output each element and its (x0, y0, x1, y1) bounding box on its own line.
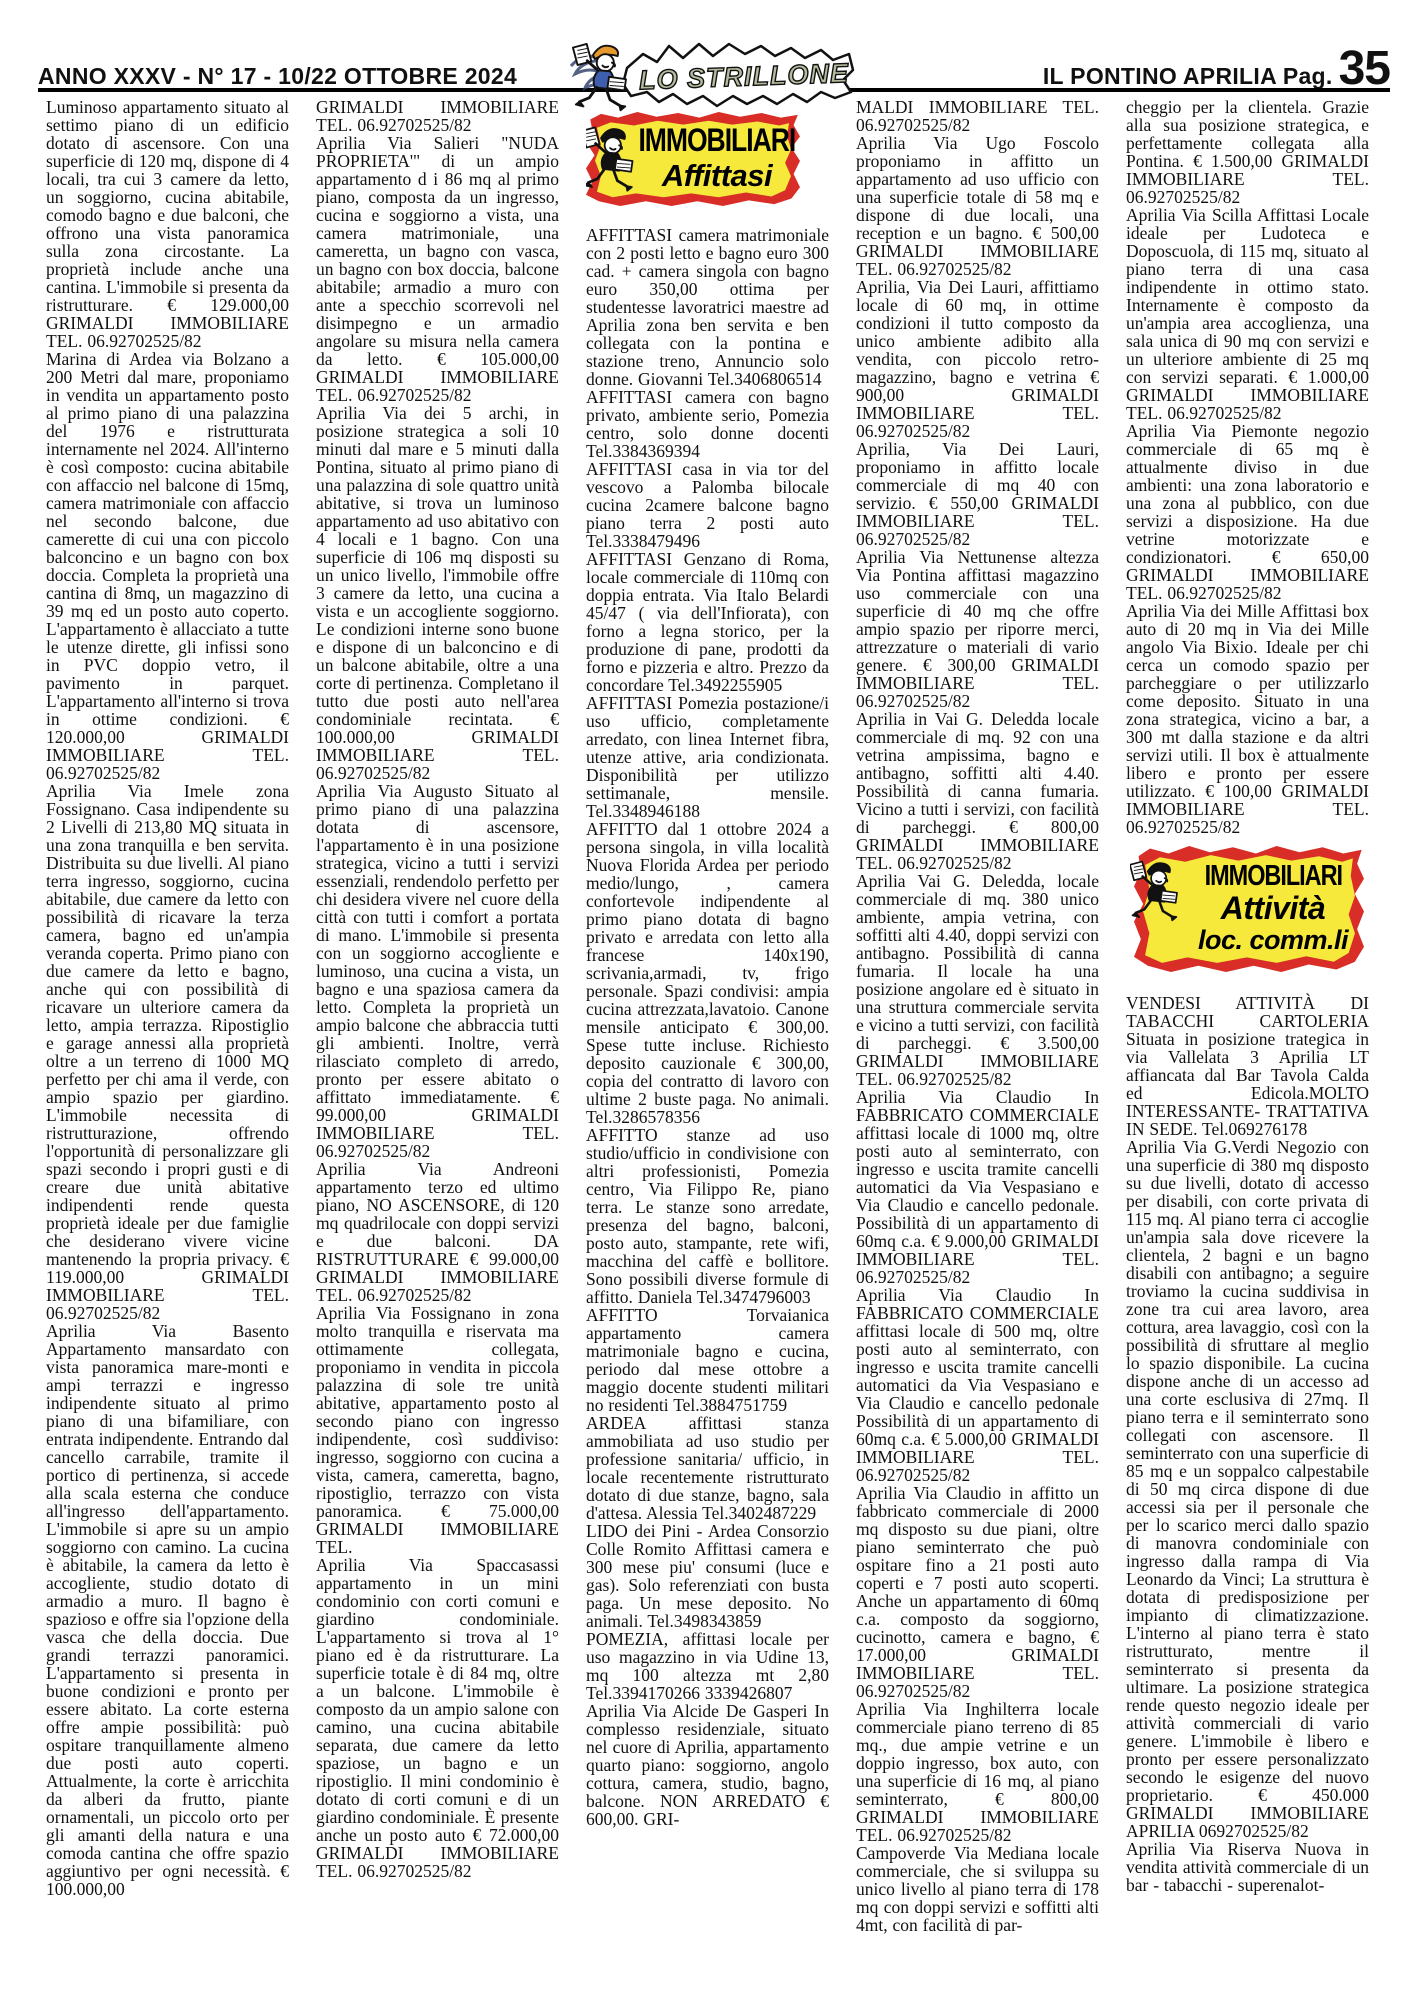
ad-text: AFFITTASI camera matrimoniale con 2 post… (586, 226, 829, 388)
column-1-ads: Luminoso appartamento situato al settimo… (46, 98, 289, 1898)
column-2: GRIMALDI IMMOBILIARE TEL. 06.92702525/82… (316, 98, 559, 1993)
column-3-ads: AFFITTASI camera matrimoniale con 2 post… (586, 226, 829, 1828)
ad-text: Aprilia Via Nettunense altezza Via Ponti… (856, 548, 1099, 710)
column-5-ads-bottom: VENDESI ATTIVITÀ DI TABACCHI CARTOLERIA … (1126, 994, 1369, 1894)
ad-text: Aprilia in Vai G. Deledda locale commerc… (856, 710, 1099, 872)
attivita-box-title: IMMOBILIARI (1204, 859, 1341, 893)
ad-text: Aprilia Via Claudio in affitto un fabbri… (856, 1484, 1099, 1700)
ad-text: Marina di Ardea via Bolzano a 200 Metri … (46, 350, 289, 782)
ad-text: AFFITTASI Pomezia postazione/i uso uffic… (586, 694, 829, 820)
ad-text: Aprilia Via Salieri "NUDA PROPRIETA'" di… (316, 134, 559, 404)
ad-text: Aprilia Via Augusto Situato al primo pia… (316, 782, 559, 1160)
ad-text: Aprilia, Via Dei Lauri, proponiamo in af… (856, 440, 1099, 548)
ad-text: POMEZIA, affittasi locale per uso magazz… (586, 1630, 829, 1702)
column-2-ads: GRIMALDI IMMOBILIARE TEL. 06.92702525/82… (316, 98, 559, 1880)
ad-text: Aprilia Via Alcide De Gasperi In comples… (586, 1702, 829, 1828)
immobiliari-attivita-box: IMMOBILIARI Attività loc. comm.li (1134, 846, 1364, 972)
ad-text: Aprilia Via Andreoni appartamento terzo … (316, 1160, 559, 1304)
ad-text: Aprilia Via dei Mille Affittasi box auto… (1126, 602, 1369, 836)
column-5: cheggio per la clientela. Grazie alla su… (1126, 98, 1369, 1993)
ad-text: Aprilia Via Claudio In FABBRICATO COMMER… (856, 1286, 1099, 1484)
ad-text: Aprilia Via Claudio In FABBRICATO COMMER… (856, 1088, 1099, 1286)
ad-text: Aprilia Via Scilla Affittasi Locale idea… (1126, 206, 1369, 422)
ad-text: AFFITTO stanze ad uso studio/ufficio in … (586, 1126, 829, 1306)
ad-text: Aprilia, Via Dei Lauri, affittiamo local… (856, 278, 1099, 440)
ad-text: AFFITTASI casa in via tor del vescovo a … (586, 460, 829, 550)
paper-title-block: IL PONTINO APRILIA Pag. 35 (1043, 50, 1390, 90)
column-5-ads-top: cheggio per la clientela. Grazie alla su… (1126, 98, 1369, 836)
newsboy-logo-icon: LO STRILLONE (565, 36, 855, 114)
column-3: IMMOBILIARI Affittasi AFFITTASI camera m… (586, 98, 829, 1993)
affittasi-box-subtitle: Affittasi (662, 158, 772, 194)
immobiliari-affittasi-box: IMMOBILIARI Affittasi (586, 112, 800, 206)
ad-text: Aprilia Via Imele zona Fossignano. Casa … (46, 782, 289, 1322)
column-4-ads: MALDI IMMOBILIARE TEL. 06.92702525/82Apr… (856, 98, 1099, 1934)
ad-text: VENDESI ATTIVITÀ DI TABACCHI CARTOLERIA … (1126, 994, 1369, 1138)
newsboy-icon (1130, 852, 1184, 928)
lo-strillone-logo: LO STRILLONE (565, 36, 855, 114)
column-4: MALDI IMMOBILIARE TEL. 06.92702525/82Apr… (856, 98, 1099, 1993)
newspaper-page: ANNO XXXV - N° 17 - 10/22 OTTOBRE 2024 I… (0, 0, 1420, 2000)
ad-text: Campoverde Via Mediana locale commercial… (856, 1844, 1099, 1934)
ad-text: Aprilia Via Spaccasassi appartamento in … (316, 1556, 559, 1880)
ad-text: Aprilia Via Piemonte negozio commerciale… (1126, 422, 1369, 602)
ad-text: ARDEA affittasi stanza ammobiliata ad us… (586, 1414, 829, 1522)
ad-text: AFFITTASI camera con bagno privato, ambi… (586, 388, 829, 460)
attivita-box-subtitle2: loc. comm.li (1198, 925, 1348, 956)
classifieds-body: Luminoso appartamento situato al settimo… (46, 98, 1369, 1993)
ad-text: Aprilia Via dei 5 archi, in posizione st… (316, 404, 559, 782)
ad-text: AFFITTO dal 1 ottobre 2024 a persona sin… (586, 820, 829, 1126)
column-1: Luminoso appartamento situato al settimo… (46, 98, 289, 1993)
ad-text: cheggio per la clientela. Grazie alla su… (1126, 98, 1369, 206)
newsboy-icon (586, 118, 640, 198)
ad-text: AFFITTASI Genzano di Roma, locale commer… (586, 550, 829, 694)
ad-text: Luminoso appartamento situato al settimo… (46, 98, 289, 350)
ad-text: AFFITTO Torvaianica appartamento camera … (586, 1306, 829, 1414)
ad-text: GRIMALDI IMMOBILIARE TEL. 06.92702525/82 (316, 98, 559, 134)
ad-text: Aprilia Vai G. Deledda, locale commercia… (856, 872, 1099, 1088)
ad-text: Aprilia Via Ugo Foscolo proponiamo in af… (856, 134, 1099, 278)
paper-name: IL PONTINO APRILIA Pag. (1043, 63, 1333, 90)
ad-text: Aprilia Via G.Verdi Negozio con una supe… (1126, 1138, 1369, 1840)
ad-text: LIDO dei Pini - Ardea Consorzio Colle Ro… (586, 1522, 829, 1630)
ad-text: MALDI IMMOBILIARE TEL. 06.92702525/82 (856, 98, 1099, 134)
ad-text: Aprilia Via Basento Appartamento mansard… (46, 1322, 289, 1898)
attivita-box-subtitle: Attività (1221, 890, 1325, 927)
ad-text: Aprilia Via Inghilterra locale commercia… (856, 1700, 1099, 1844)
ad-text: Aprilia Via Fossignano in zona molto tra… (316, 1304, 559, 1556)
ad-text: Aprilia Via Riserva Nuova in vendita att… (1126, 1840, 1369, 1894)
page-number: 35 (1339, 50, 1390, 88)
affittasi-box-title: IMMOBILIARI (639, 121, 796, 160)
issue-line: ANNO XXXV - N° 17 - 10/22 OTTOBRE 2024 (38, 63, 517, 90)
